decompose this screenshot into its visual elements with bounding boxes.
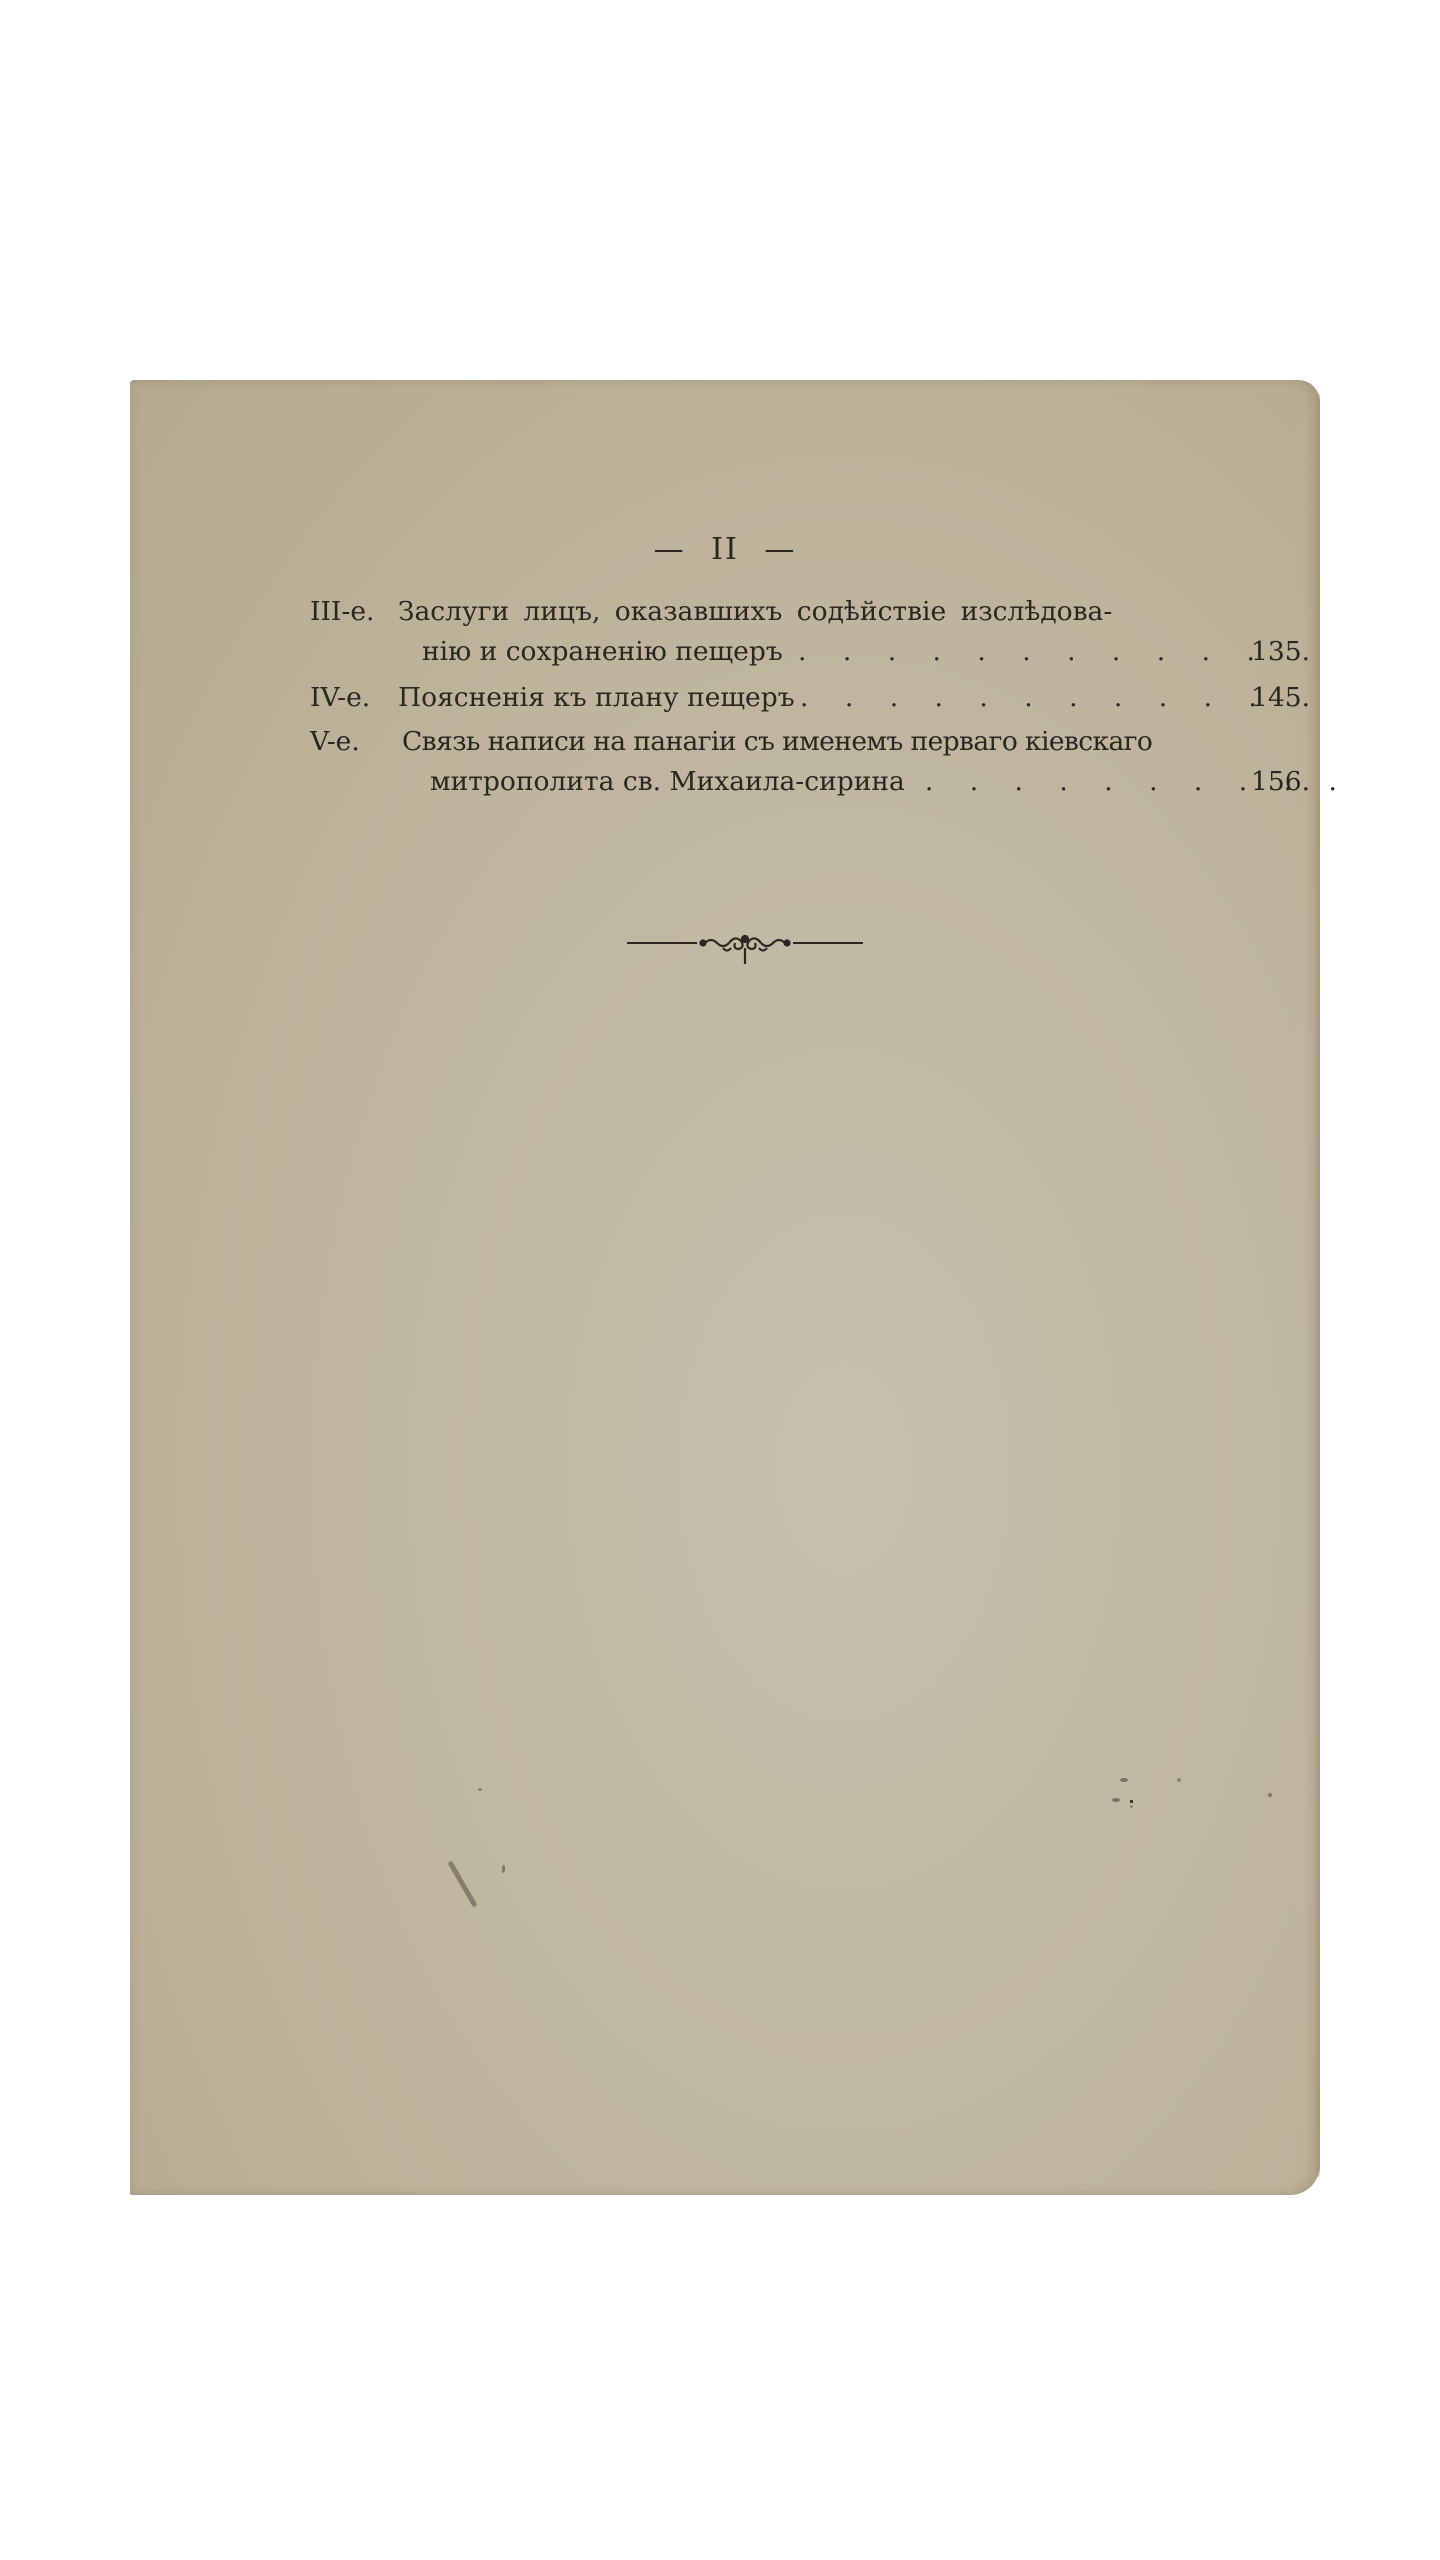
toc-entry-5-line-2: митрополита св. Михаила-сирина . . . . .… xyxy=(310,762,1310,802)
paper-speck xyxy=(1130,1800,1133,1803)
paper-speck xyxy=(1177,1778,1181,1782)
toc-entry-label: V-е. xyxy=(310,722,360,762)
paper-speck xyxy=(447,1860,477,1908)
toc-entry-4: IV-е. Поясненія къ плану пещеръ . . . . … xyxy=(310,678,1310,718)
toc-entry-title: Поясненія къ плану пещеръ xyxy=(398,678,795,718)
paper-speck xyxy=(1130,1805,1133,1808)
book-page: — II — III-е. Заслуги лицъ, оказавшихъ с… xyxy=(130,380,1320,2195)
toc-page-number: 156. xyxy=(1251,762,1310,802)
toc-entry-title: Заслуги лицъ, оказавшихъ содѣйствіе изсл… xyxy=(398,592,1112,632)
leader-dots: . . . . . . . . . . . xyxy=(800,678,1271,718)
toc-entry-label: III-е. xyxy=(310,592,374,632)
toc-entry-3-line-2: нію и сохраненію пещеръ . . . . . . . . … xyxy=(310,632,1310,672)
paper-speck xyxy=(502,1865,505,1873)
toc-entry-title: Связь написи на панагіи съ именемъ перва… xyxy=(402,722,1152,762)
dash-left: — xyxy=(654,532,686,567)
paper-speck xyxy=(1120,1778,1128,1782)
paper-speck xyxy=(1268,1793,1272,1797)
toc-entry-5-line-1: V-е. Связь написи на панагіи съ именемъ … xyxy=(310,722,1310,762)
toc-entry-title-cont: митрополита св. Михаила-сирина xyxy=(430,762,905,802)
leader-dots: . . . . . . . . . . . xyxy=(798,632,1269,672)
toc-entry-label: IV-е. xyxy=(310,678,370,718)
toc-entry-title-cont: нію и сохраненію пещеръ xyxy=(422,632,783,672)
paper-speck xyxy=(1112,1798,1120,1802)
toc-page-number: 145. xyxy=(1251,678,1310,718)
dash-right: — xyxy=(764,532,796,567)
ornament-divider-icon xyxy=(625,928,865,968)
page-number: II xyxy=(711,532,739,567)
paper-speck xyxy=(478,1788,482,1791)
toc-page-number: 135. xyxy=(1251,632,1310,672)
page-header: — II — xyxy=(130,532,1320,567)
